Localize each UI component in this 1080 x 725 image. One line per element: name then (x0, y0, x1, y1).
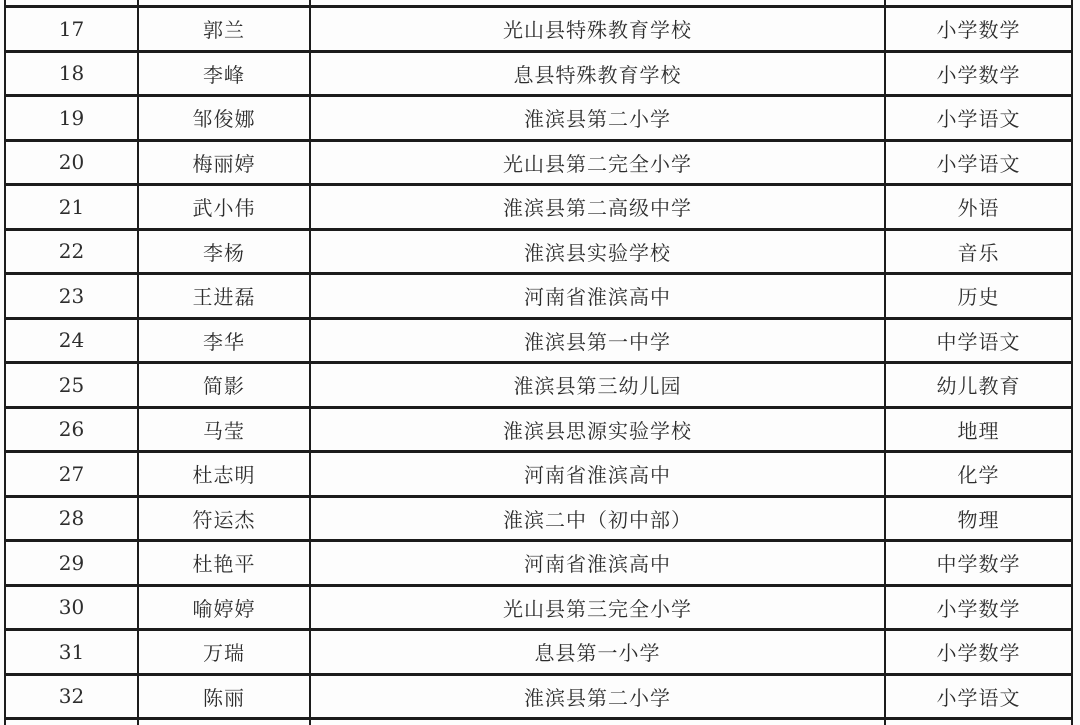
cell-school: 光山县第三完全小学 (311, 587, 886, 629)
cell-subject: 小学数学 (886, 53, 1073, 95)
cell-subject: 中学数学 (886, 542, 1073, 584)
cell-school: 淮滨县第二小学 (311, 97, 886, 139)
cell-name: 李峰 (139, 53, 311, 95)
cell-no: 25 (4, 364, 139, 406)
cell-name: 马莹 (139, 409, 311, 451)
cell-no: 21 (4, 186, 139, 228)
table-row: 21武小伟淮滨县第二高级中学外语 (4, 186, 1073, 231)
cell-subject: 地理 (886, 409, 1073, 451)
cell-no: 30 (4, 587, 139, 629)
teacher-roster-table: 17郭兰光山县特殊教育学校小学数学18李峰息县特殊教育学校小学数学19邹俊娜淮滨… (4, 0, 1073, 725)
table-row: 28符运杰淮滨二中（初中部）物理 (4, 498, 1073, 543)
cell-school: 息县特殊教育学校 (311, 53, 886, 95)
cell-school: 淮滨县第三幼儿园 (311, 364, 886, 406)
cell-name: 杜艳平 (139, 542, 311, 584)
cell-name: 梅丽婷 (139, 142, 311, 184)
teacher-table-body: 17郭兰光山县特殊教育学校小学数学18李峰息县特殊教育学校小学数学19邹俊娜淮滨… (4, 8, 1073, 720)
table-row: 30喻婷婷光山县第三完全小学小学数学 (4, 587, 1073, 632)
cell-subject: 幼儿教育 (886, 364, 1073, 406)
cell-school: 息县第一小学 (311, 631, 886, 673)
table-row: 22李杨淮滨县实验学校音乐 (4, 231, 1073, 276)
table-row: 27杜志明河南省淮滨高中化学 (4, 453, 1073, 498)
cell-subject: 音乐 (886, 231, 1073, 273)
cell-school: 淮滨县第二小学 (311, 676, 886, 718)
cell-school: 河南省淮滨高中 (311, 275, 886, 317)
cell-subject: 小学语文 (886, 142, 1073, 184)
cell-school: 淮滨县第一中学 (311, 320, 886, 362)
cell-subject: 小学数学 (886, 587, 1073, 629)
cell-subject: 小学数学 (886, 8, 1073, 50)
cell-name: 杜志明 (139, 453, 311, 495)
document-page: 17郭兰光山县特殊教育学校小学数学18李峰息县特殊教育学校小学数学19邹俊娜淮滨… (0, 0, 1080, 725)
cell-no: 24 (4, 320, 139, 362)
cell-subject: 外语 (886, 186, 1073, 228)
cell-no (4, 0, 139, 5)
cell-school: 光山县第二完全小学 (311, 142, 886, 184)
table-row: 31万瑞息县第一小学小学数学 (4, 631, 1073, 676)
cell-school (311, 720, 886, 725)
table-row: 29杜艳平河南省淮滨高中中学数学 (4, 542, 1073, 587)
table-row: 17郭兰光山县特殊教育学校小学数学 (4, 8, 1073, 53)
cell-school: 光山县特殊教育学校 (311, 8, 886, 50)
cell-subject: 小学语文 (886, 97, 1073, 139)
cell-school: 淮滨二中（初中部） (311, 498, 886, 540)
cell-no: 26 (4, 409, 139, 451)
table-row-clipped-top (4, 0, 1073, 8)
cell-no: 20 (4, 142, 139, 184)
table-row: 18李峰息县特殊教育学校小学数学 (4, 53, 1073, 98)
cell-name: 简影 (139, 364, 311, 406)
cell-school (311, 0, 886, 5)
cell-subject: 化学 (886, 453, 1073, 495)
cell-name: 符运杰 (139, 498, 311, 540)
cell-school: 淮滨县实验学校 (311, 231, 886, 273)
cell-name: 邹俊娜 (139, 97, 311, 139)
table-row: 19邹俊娜淮滨县第二小学小学语文 (4, 97, 1073, 142)
cell-name: 喻婷婷 (139, 587, 311, 629)
cell-no: 18 (4, 53, 139, 95)
cell-name: 王进磊 (139, 275, 311, 317)
cell-school: 河南省淮滨高中 (311, 453, 886, 495)
cell-subject: 中学语文 (886, 320, 1073, 362)
cell-no: 27 (4, 453, 139, 495)
cell-no: 29 (4, 542, 139, 584)
cell-subject (886, 0, 1073, 5)
cell-school: 淮滨县思源实验学校 (311, 409, 886, 451)
cell-name: 李华 (139, 320, 311, 362)
cell-name (139, 720, 311, 725)
cell-name: 武小伟 (139, 186, 311, 228)
table-row: 24李华淮滨县第一中学中学语文 (4, 320, 1073, 365)
cell-no: 32 (4, 676, 139, 718)
cell-name (139, 0, 311, 5)
cell-no (4, 720, 139, 725)
table-row-clipped-bottom (4, 720, 1073, 725)
cell-no: 19 (4, 97, 139, 139)
cell-school: 淮滨县第二高级中学 (311, 186, 886, 228)
cell-no: 22 (4, 231, 139, 273)
cell-no: 17 (4, 8, 139, 50)
cell-subject: 物理 (886, 498, 1073, 540)
cell-subject (886, 720, 1073, 725)
table-row: 25简影淮滨县第三幼儿园幼儿教育 (4, 364, 1073, 409)
table-row: 26马莹淮滨县思源实验学校地理 (4, 409, 1073, 454)
cell-school: 河南省淮滨高中 (311, 542, 886, 584)
table-row: 32陈丽淮滨县第二小学小学语文 (4, 676, 1073, 721)
cell-no: 23 (4, 275, 139, 317)
table-row: 20梅丽婷光山县第二完全小学小学语文 (4, 142, 1073, 187)
cell-no: 28 (4, 498, 139, 540)
cell-name: 陈丽 (139, 676, 311, 718)
cell-name: 万瑞 (139, 631, 311, 673)
cell-name: 郭兰 (139, 8, 311, 50)
table-row: 23王进磊河南省淮滨高中历史 (4, 275, 1073, 320)
cell-subject: 小学语文 (886, 676, 1073, 718)
cell-name: 李杨 (139, 231, 311, 273)
cell-subject: 小学数学 (886, 631, 1073, 673)
cell-no: 31 (4, 631, 139, 673)
cell-subject: 历史 (886, 275, 1073, 317)
